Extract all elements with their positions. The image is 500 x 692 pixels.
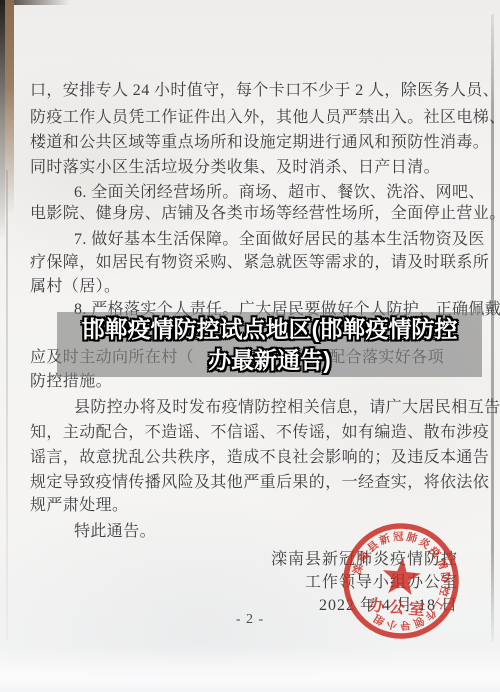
doc-line: 电影院、健身房、店铺及各类市场等经营性场所，全面停止营业。 [30,204,444,223]
doc-line: 县防控办将及时发布疫情防控相关信息，请广大居民相互告 [30,398,488,417]
doc-line: 谣言，故意扰乱公共秩序，造成不良社会影响的；及违反本通告 [30,448,444,467]
doc-line: 楼道和公共区域等重点场所和设施定期进行通风和预防性消毒。 [30,133,444,152]
doc-line: 知，主动配合，不造谣、不信谣、不传谣，如有编造、散布涉疫 [30,423,444,442]
seal-star-icon [381,556,422,595]
doc-line-item-6: 6. 全面关闭经营场所。商场、超市、餐饮、洗浴、网吧、 [30,183,488,202]
doc-line: 防疫工作人员凭工作证件出入外，其他人员严禁出入。社区电梯、 [30,108,444,127]
doc-line: 同时落实小区生活垃圾分类收集、及时消杀、日产日清。 [30,158,444,177]
doc-line-item-7: 7. 做好基本生活保障。全面做好居民的基本生活物资及医 [30,230,488,249]
doc-line: 属村（居）。 [30,277,444,296]
photographed-page-background: 口，安排专人 24 小时值守，每个卡口不少于 2 人，除医务人员、 防疫工作人员… [0,0,500,692]
doc-line: 疗保障，如居民有物资采购、紧急就医等需求的，请及时联系所 [30,253,444,272]
doc-line: 规严肃处理。 [30,496,444,515]
doc-line: 规定导致疫情传播风险及其他严重后果的，一经查实，将依法依 [30,473,444,492]
headline-line2: 办最新通告) [208,345,331,376]
photo-bottom-fade [0,646,500,692]
doc-line: 口，安排专人 24 小时值守，每个卡口不少于 2 人，除医务人员、 [30,81,444,100]
official-seal-stamp: 滦南县新冠肺炎疫情防控工作领导小组 办公室 [336,516,466,646]
page-left-crease-line [6,170,8,640]
headline-line1: 邯郸疫情防控试点地区(邯郸疫情防控 [82,314,458,345]
headline-overlay-band: 邯郸疫情防控试点地区(邯郸疫情防控 办最新通告) [57,312,482,377]
